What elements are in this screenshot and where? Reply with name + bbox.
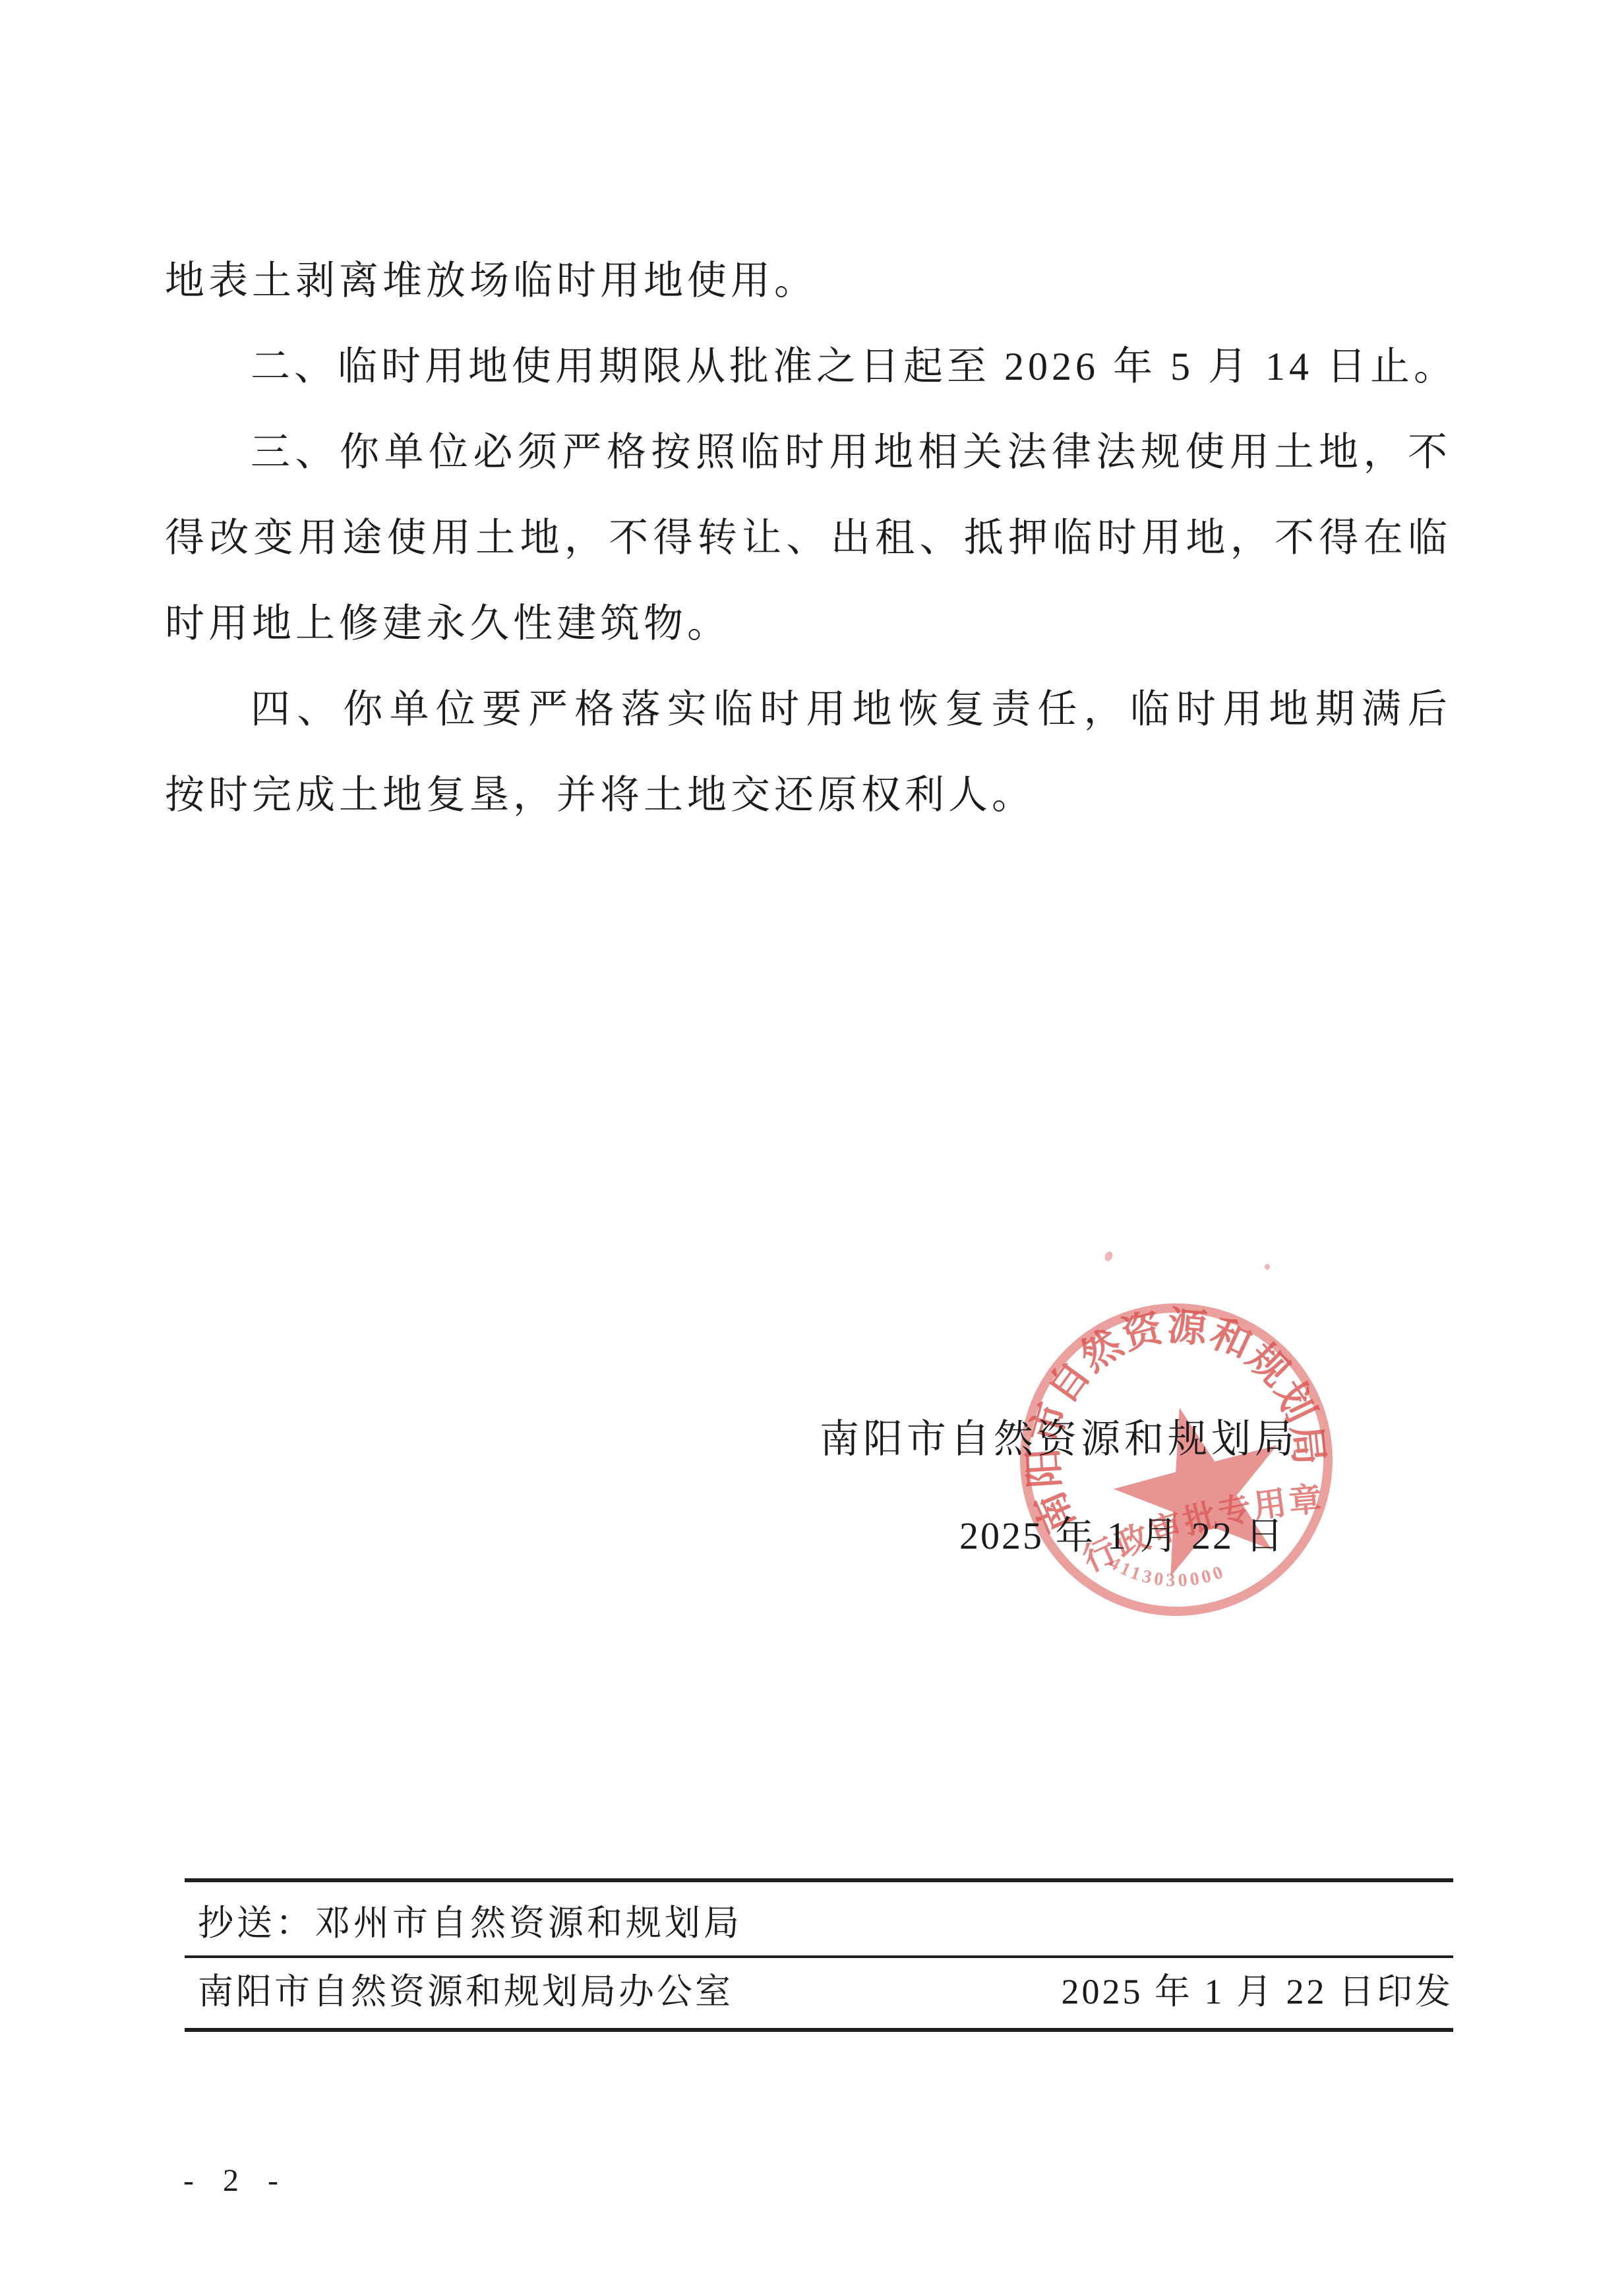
footer-divider-bottom	[185, 2028, 1453, 2032]
body-line-1: 地表土剥离堆放场临时用地使用。	[165, 259, 818, 303]
body-line-5: 时用地上修建永久性建筑物。	[165, 602, 731, 645]
cc-line: 抄送：邓州市自然资源和规划局	[198, 1903, 742, 1944]
ink-speck	[1103, 1250, 1114, 1262]
body-line-4: 得改变用途使用土地，不得转让、出租、抵押临时用地，不得在临	[165, 516, 1451, 560]
body-line-7: 按时完成土地复垦，并将土地交还原权利人。	[165, 773, 1035, 817]
body-line-6: 四、你单位要严格落实临时用地恢复责任，临时用地期满后	[251, 688, 1451, 731]
document-page: 地表土剥离堆放场临时用地使用。 二、临时用地使用期限从批准之日起至 2026 年…	[0, 0, 1624, 2291]
issuer-line: 南阳市自然资源和规划局办公室 2025 年 1 月 22 日印发	[198, 1971, 1453, 2012]
page-number: - 2 -	[183, 2164, 289, 2198]
signature-date: 2025 年 1 月 22 日	[959, 1515, 1286, 1557]
print-date: 2025 年 1 月 22 日印发	[1062, 1971, 1454, 2012]
footer-divider-middle	[185, 1955, 1453, 1958]
body-line-3: 三、你单位必须严格按照临时用地相关法律法规使用土地，不	[251, 431, 1451, 474]
footer-divider-top	[185, 1878, 1453, 1882]
issuer-office: 南阳市自然资源和规划局办公室	[198, 1971, 733, 2012]
signature-organization: 南阳市自然资源和规划局	[820, 1417, 1298, 1461]
ink-speck	[1265, 1264, 1270, 1270]
body-line-2: 二、临时用地使用期限从批准之日起至 2026 年 5 月 14 日止。	[251, 345, 1457, 388]
